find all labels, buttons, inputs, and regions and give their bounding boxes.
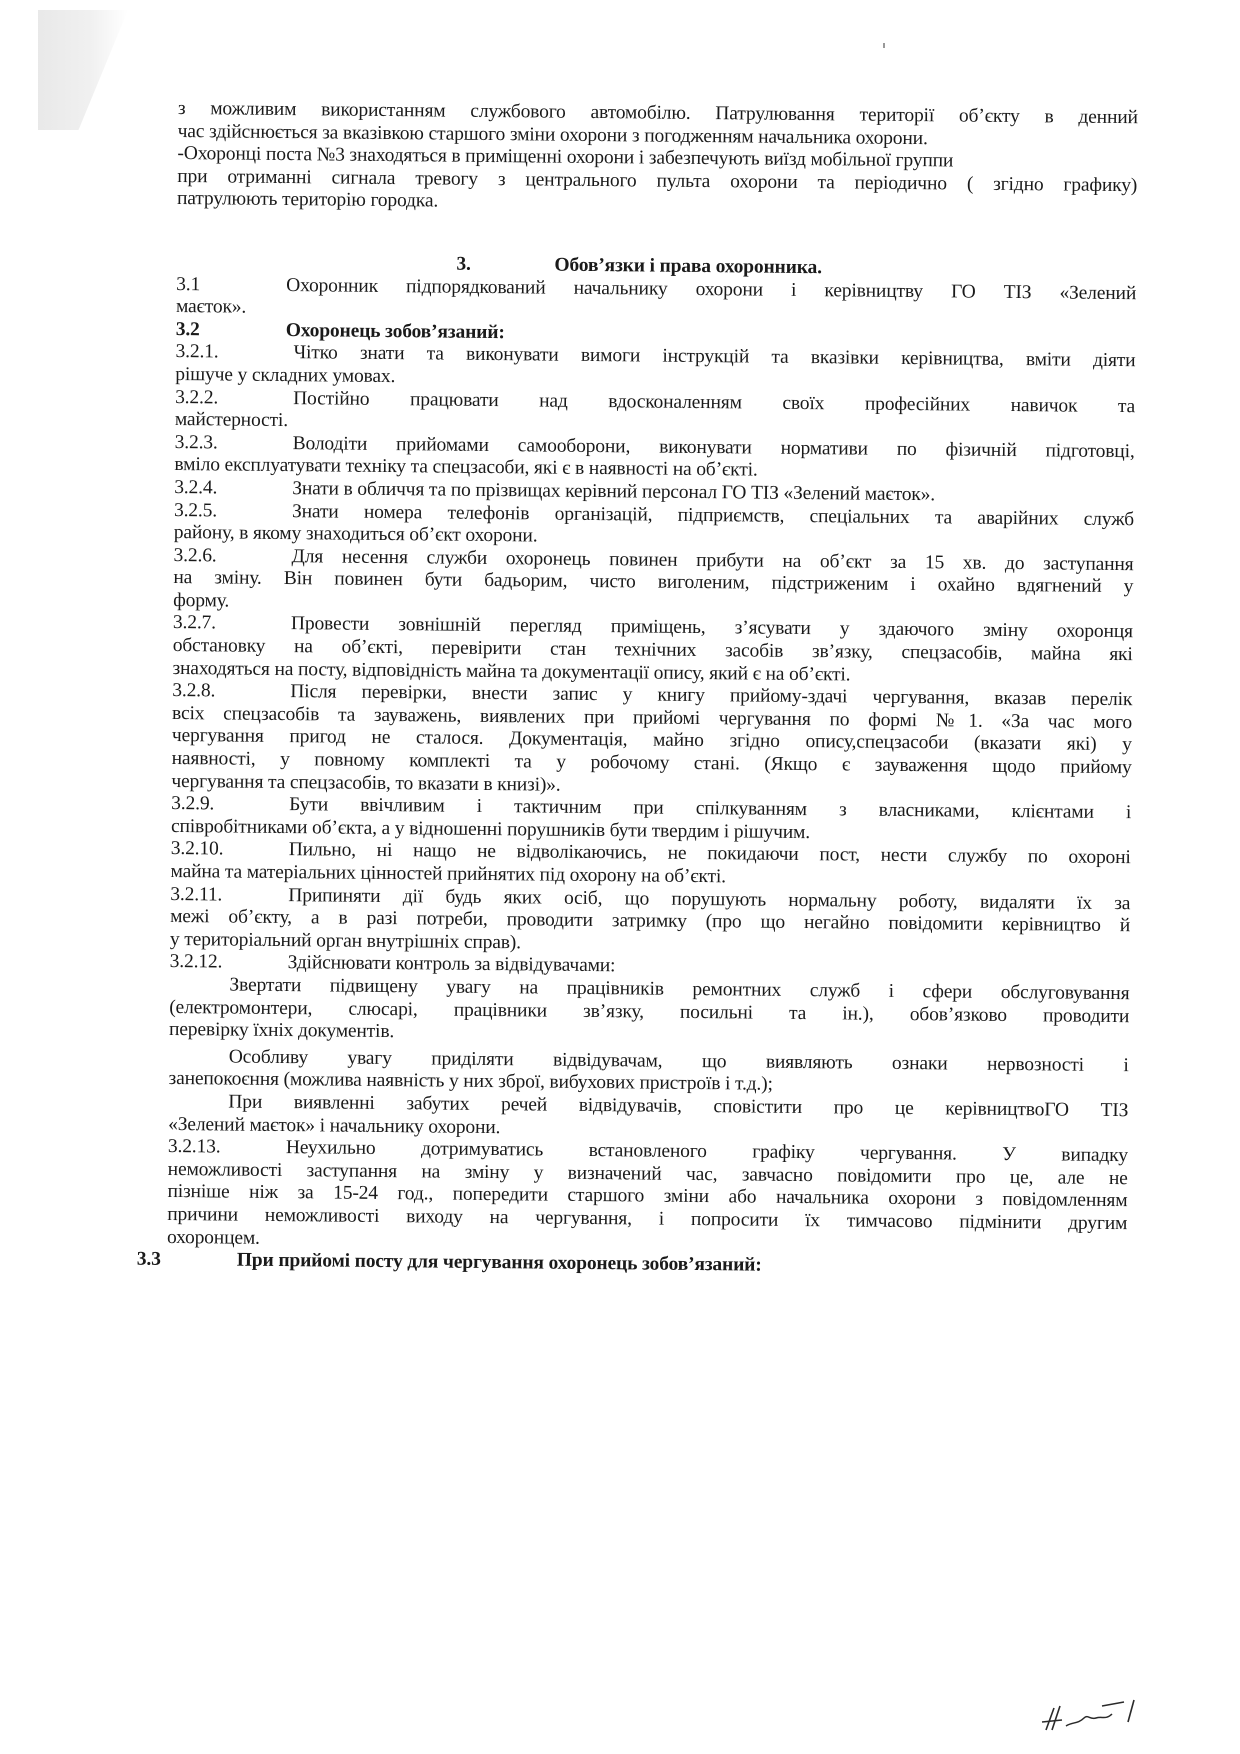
item-number: 3.2.11.	[170, 884, 288, 908]
document-page: з можливим використанням службового авто…	[167, 98, 1138, 1281]
item-number: 3.2.4.	[174, 477, 292, 501]
section-number: 3.	[456, 254, 554, 278]
item-number: 3.2.1.	[175, 341, 293, 365]
signature-icon	[1040, 1696, 1150, 1736]
item-number: 3.2.8.	[172, 680, 290, 704]
item-number: 3.2.10.	[171, 838, 289, 862]
item-number: 3.2.2.	[175, 387, 293, 411]
item-number: 3.2.3.	[175, 432, 293, 456]
item-number: 3.2.9.	[171, 793, 289, 817]
item-number: 3.2.13.	[168, 1136, 286, 1160]
item-number: 3.1	[176, 274, 286, 298]
item-number: 3.2.7.	[173, 612, 291, 636]
item-number: 3.2.6.	[173, 545, 291, 569]
item-number: 3.2	[176, 319, 286, 343]
item-number: 3.3	[137, 1249, 237, 1273]
item-number: 3.2.12.	[170, 951, 288, 975]
scan-artifact	[38, 10, 128, 130]
signature-mark	[1040, 1696, 1150, 1736]
scan-speck	[883, 43, 885, 48]
section-title: Обов’язки і права охоронника.	[554, 255, 822, 279]
item-number: 3.2.5.	[174, 499, 292, 523]
